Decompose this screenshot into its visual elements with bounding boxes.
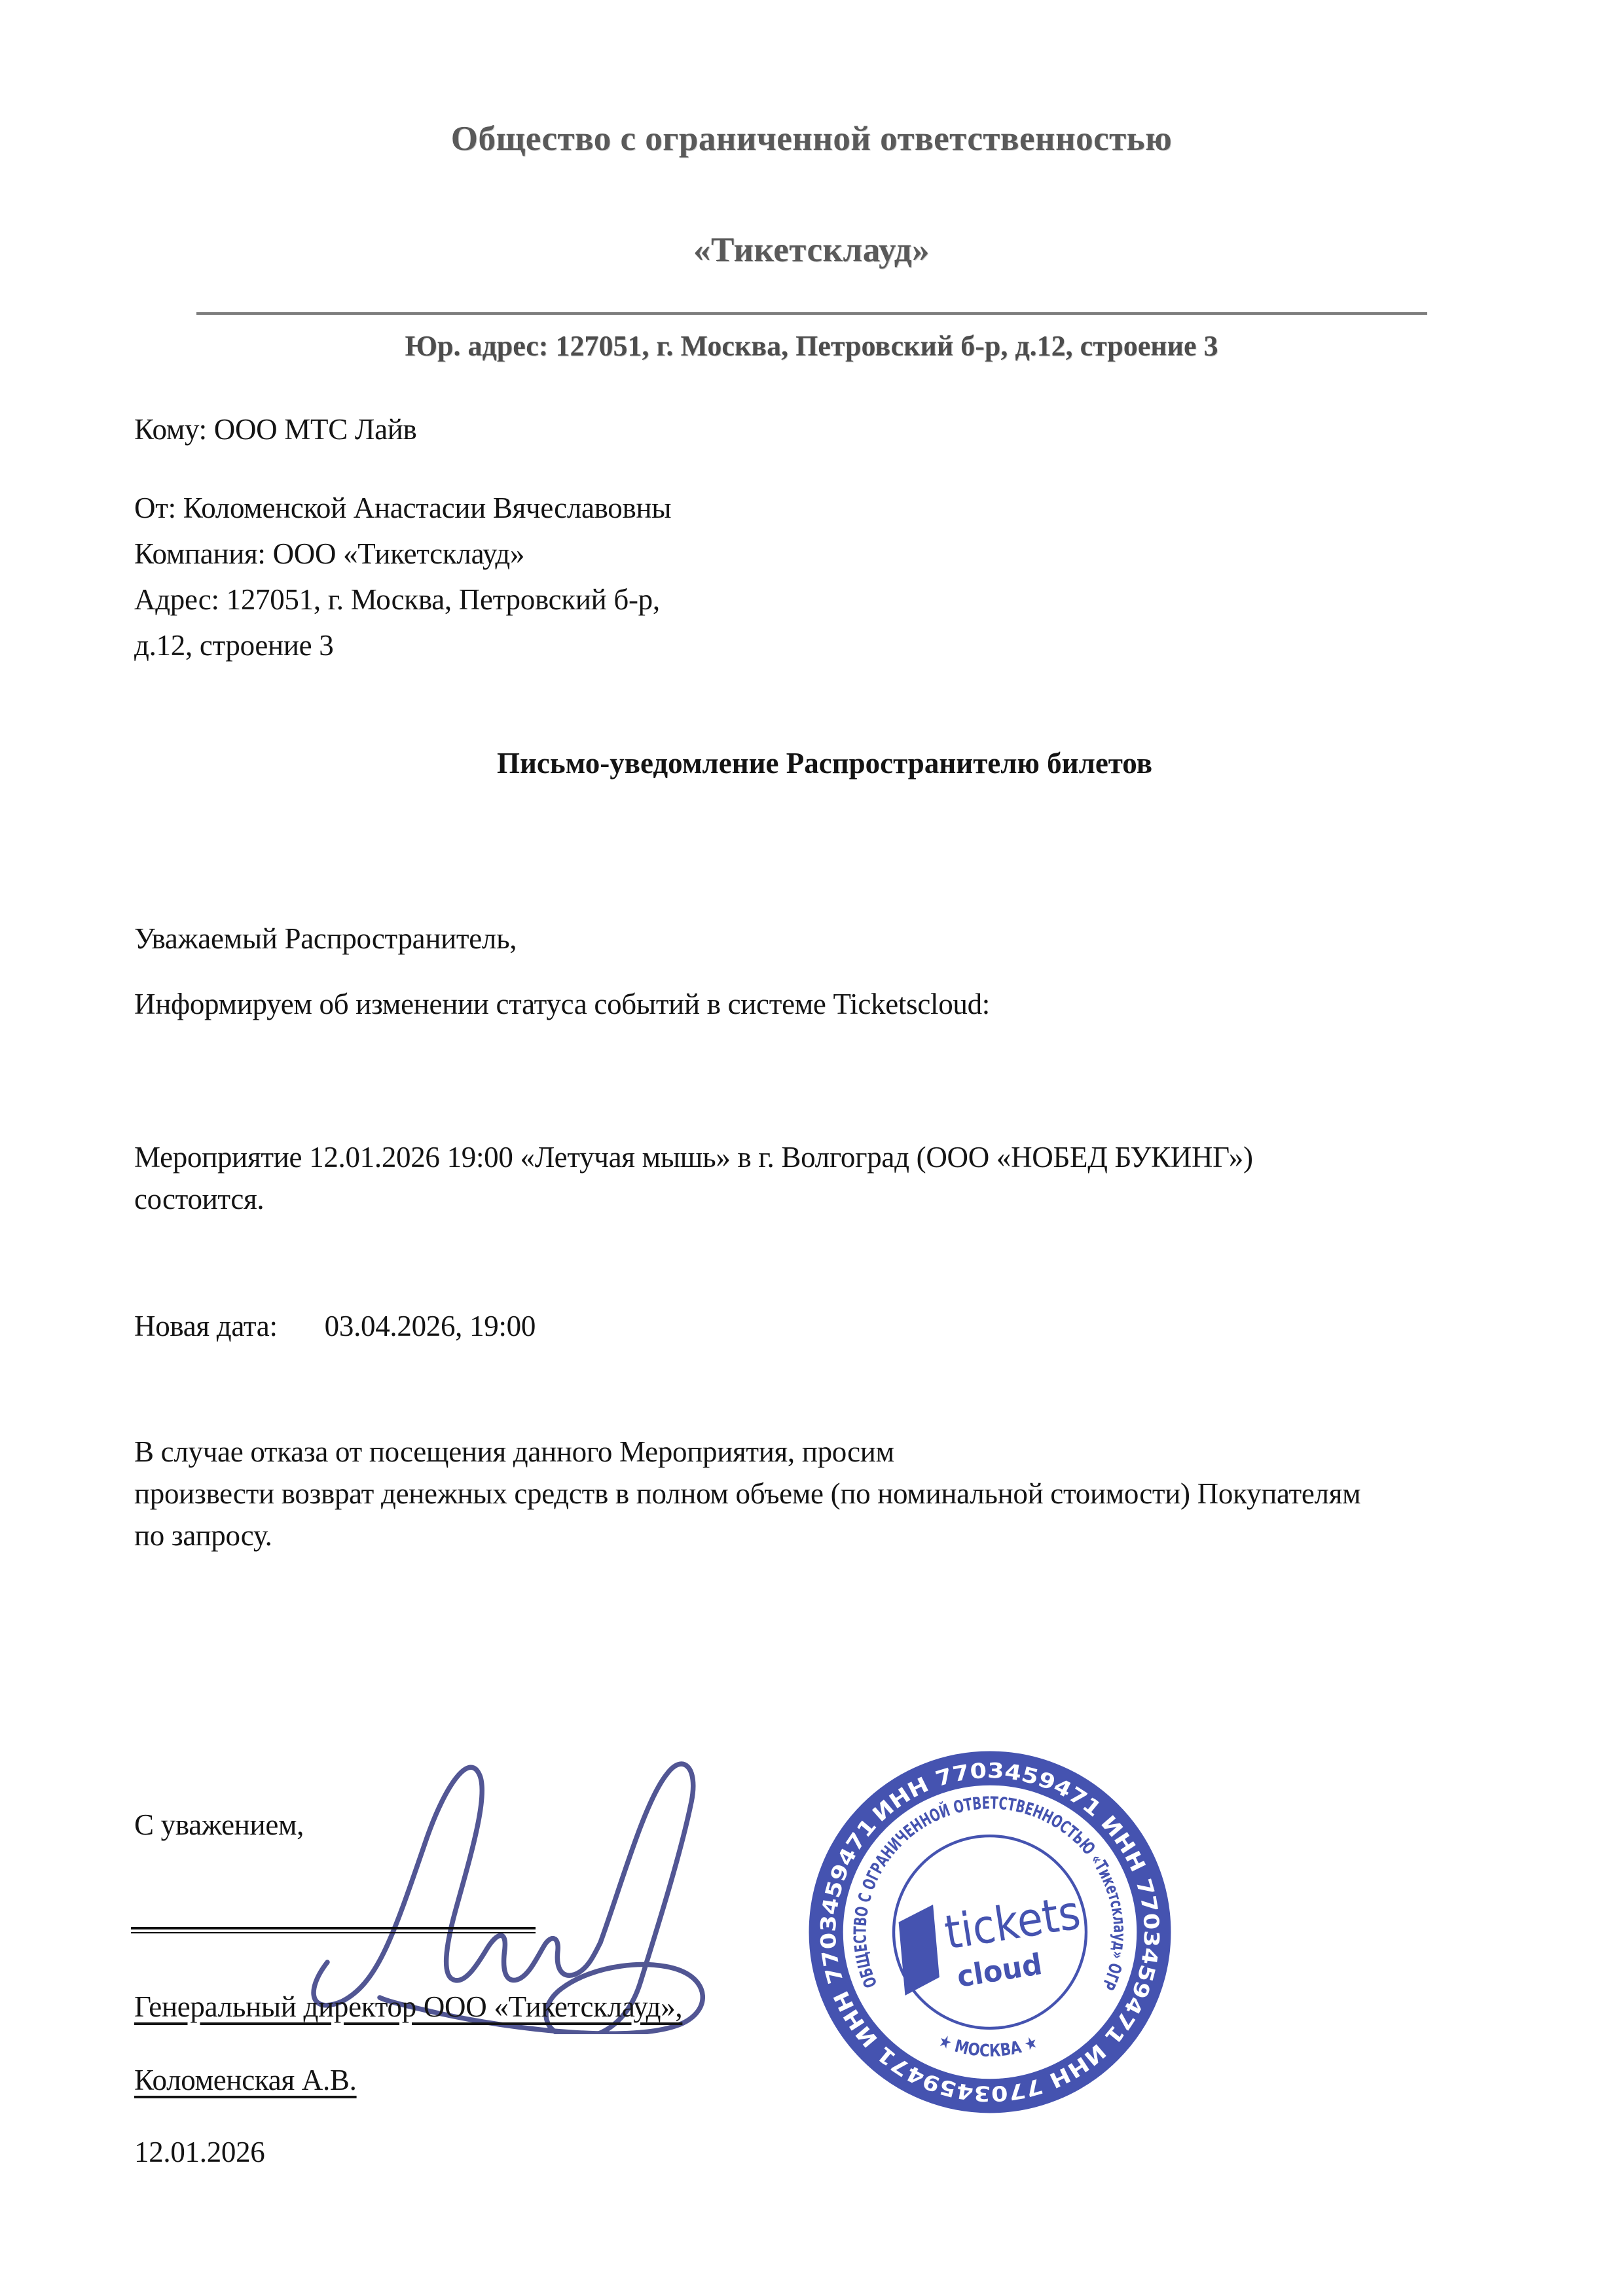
refund-paragraph-line1: В случае отказа от посещения данного Мер… (134, 1435, 894, 1469)
new-date-label: Новая дата: (134, 1310, 278, 1342)
sender-address-line1: Адрес: 127051, г. Москва, Петровский б-р… (134, 583, 660, 617)
new-date-row: Новая дата:03.04.2026, 19:00 (134, 1309, 536, 1343)
letter-subject: Письмо-уведомление Распространителю биле… (0, 746, 1623, 780)
new-date-value: 03.04.2026, 19:00 (325, 1310, 536, 1342)
director-name: Коломенская А.В. (134, 2063, 357, 2097)
letterhead-divider (196, 312, 1427, 315)
closing-phrase: С уважением, (134, 1808, 304, 1842)
sender-company-line: Компания: ООО «Тикетсклауд» (134, 537, 524, 571)
tickets-cloud-flag-icon (892, 1905, 946, 1996)
letter-page: Общество с ограниченной ответственностью… (0, 0, 1623, 2296)
event-status-line1: Мероприятие 12.01.2026 19:00 «Летучая мы… (134, 1140, 1253, 1174)
director-title-line: Генеральный директор ООО «Тикетсклауд», (134, 1990, 682, 2024)
stamp-logo: tickets cloud (892, 1882, 1089, 2003)
letterhead-org-name-line1: Общество с ограниченной ответственностью (0, 119, 1623, 158)
letter-date: 12.01.2026 (134, 2135, 265, 2169)
event-status-line2: состоится. (134, 1182, 264, 1216)
recipient-to-line: Кому: ООО МТС Лайв (134, 412, 416, 446)
signature-line (131, 1927, 536, 1933)
sender-from-line: От: Коломенской Анастасии Вячеславовны (134, 491, 671, 525)
refund-paragraph-line3: по запросу. (134, 1518, 272, 1552)
salutation: Уважаемый Распространитель, (134, 922, 517, 956)
stamp-moscow-text: ★ МОСКВА ★ (936, 2031, 1040, 2061)
stamp-logo-word-tickets: tickets (941, 1885, 1084, 1960)
letterhead-org-name-line2: «Тикетсклауд» (0, 230, 1623, 270)
refund-paragraph-line2: произвести возврат денежных средств в по… (134, 1477, 1360, 1511)
sender-address-line2: д.12, строение 3 (134, 628, 333, 662)
letterhead-legal-address: Юр. адрес: 127051, г. Москва, Петровский… (0, 329, 1623, 363)
intro-line: Информируем об изменении статуса событий… (134, 987, 990, 1021)
company-stamp: ИНН 7703459471 ИНН 7703459471 ИНН 770345… (800, 1742, 1180, 2122)
